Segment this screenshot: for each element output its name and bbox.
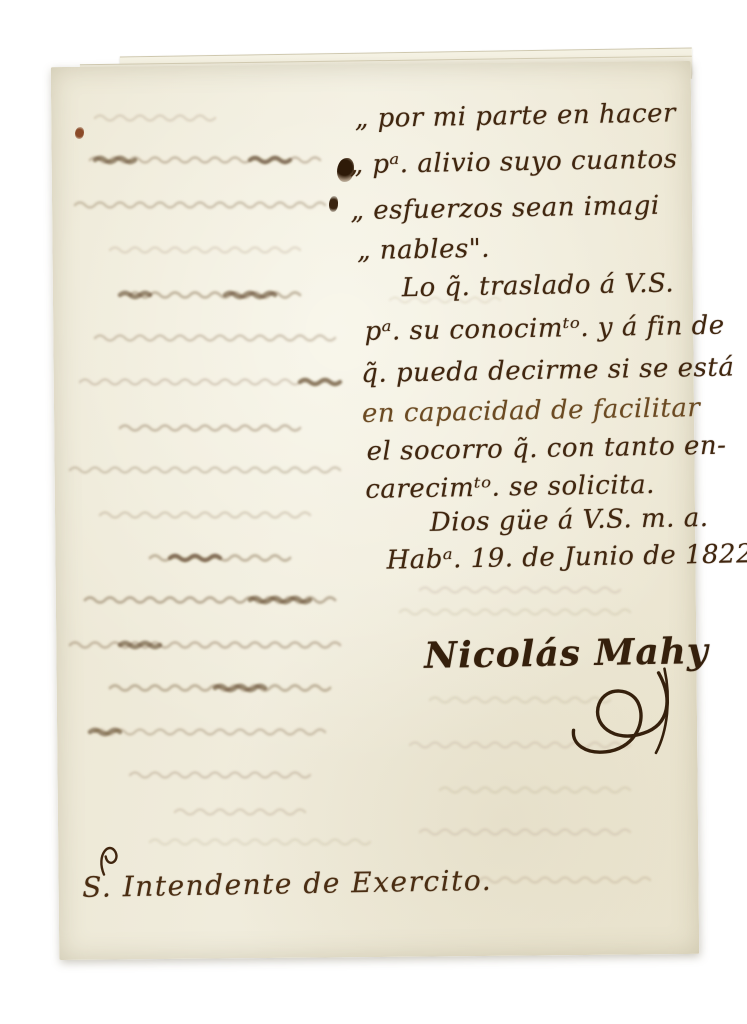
manuscript-page xyxy=(51,61,700,960)
manuscript-photo: „ por mi parte en hacer „ pᵃ. alivio suy… xyxy=(0,0,747,1024)
